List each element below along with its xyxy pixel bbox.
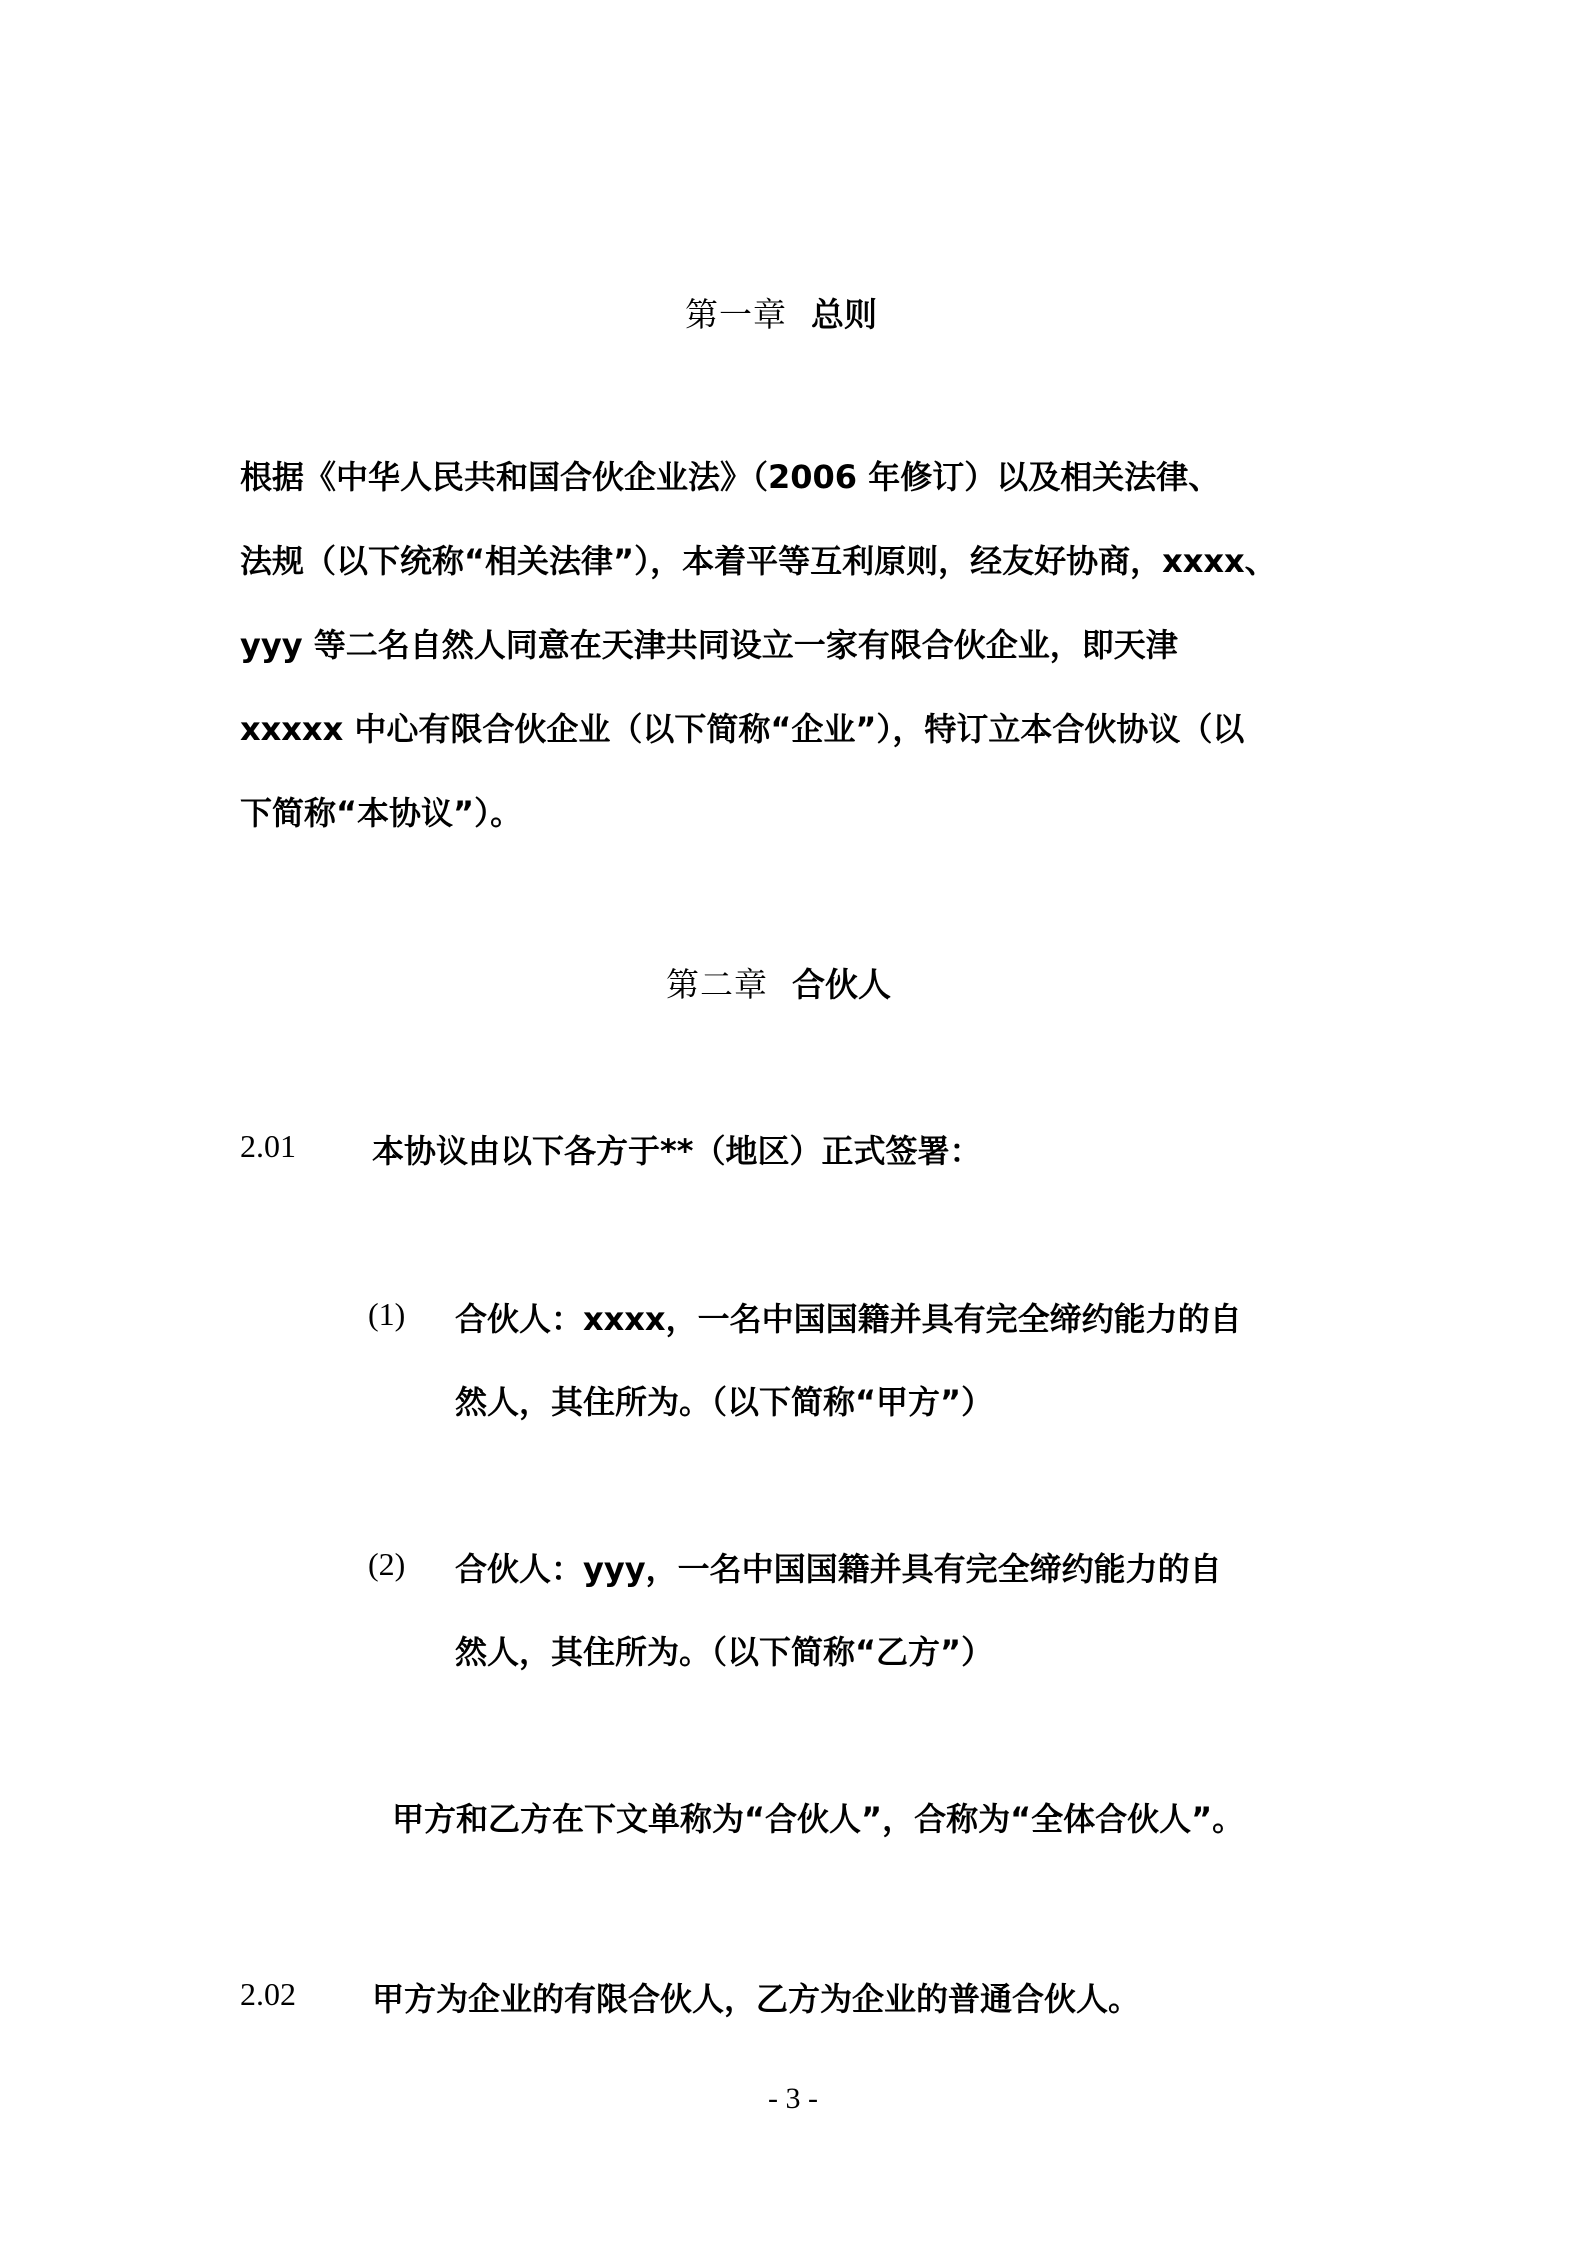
item-1-marker: (1) [368,1296,405,1333]
chapter-2-title: 合伙人 [792,965,891,1004]
chapter-1-heading: 第一章总则 [685,290,877,341]
item-1-line-1: 合伙人：xxxx，一名中国国籍并具有完全缔约能力的自 [455,1294,1242,1340]
clause-2-01-text: 本协议由以下各方于**（地区）正式签署： [372,1126,981,1172]
clause-2-02-number: 2.02 [240,1976,296,2013]
chapter-1-title: 总则 [811,295,877,334]
clause-2-01-number: 2.01 [240,1128,296,1165]
chapter-2-heading: 第二章合伙人 [666,960,891,1011]
clause-2-01-summary: 甲方和乙方在下文单称为“合伙人”，合称为“全体合伙人”。 [392,1794,1244,1840]
clause-2-02-text: 甲方为企业的有限合伙人，乙方为企业的普通合伙人。 [372,1974,1140,2020]
item-2-line-2: 然人，其住所为。（以下简称“乙方”） [455,1627,993,1673]
preamble-line: xxxxx 中心有限合伙企业（以下简称“企业”），特订立本合伙协议（以 [240,687,1350,771]
preamble-paragraph: 根据《中华人民共和国合伙企业法》（2006 年修订）以及相关法律、 法规（以下统… [240,435,1350,855]
chapter-2-number: 第二章 [666,965,768,1004]
preamble-line: 根据《中华人民共和国合伙企业法》（2006 年修订）以及相关法律、 [240,435,1350,519]
item-2-line-1: 合伙人：yyy，一名中国国籍并具有完全缔约能力的自 [455,1544,1222,1590]
item-2-marker: (2) [368,1546,405,1583]
preamble-line: 法规（以下统称“相关法律”），本着平等互利原则，经友好协商，xxxx、 [240,519,1350,603]
preamble-line: 下简称“本协议”）。 [240,771,1350,855]
item-1-line-2: 然人，其住所为。（以下简称“甲方”） [455,1377,993,1423]
preamble-line: yyy 等二名自然人同意在天津共同设立一家有限合伙企业，即天津 [240,603,1350,687]
page-number: - 3 - [0,2082,1586,2116]
chapter-1-number: 第一章 [685,295,787,334]
